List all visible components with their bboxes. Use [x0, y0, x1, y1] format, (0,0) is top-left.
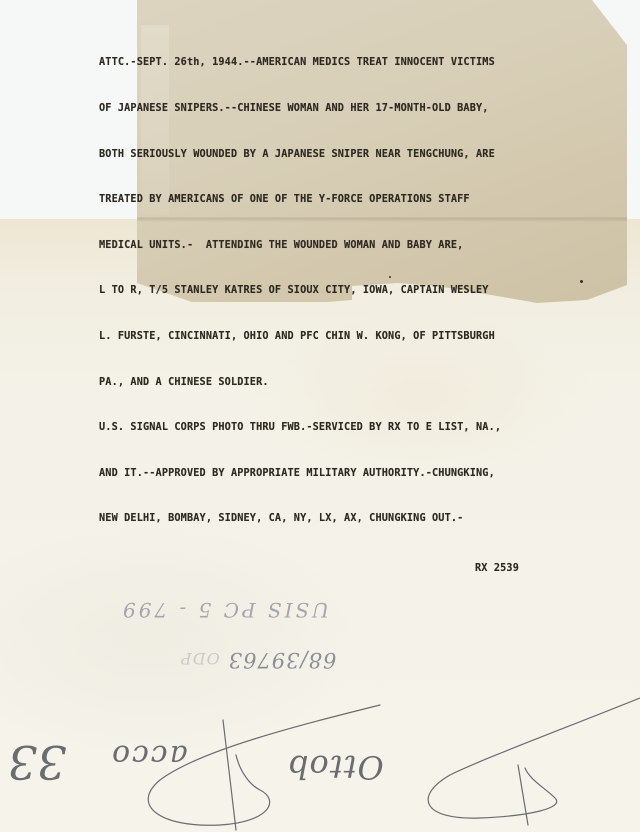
handwritten-number: 33	[8, 735, 67, 789]
reference-number: RX 2539	[99, 561, 609, 576]
paper-speck	[580, 280, 583, 283]
caption-line: U.S. SIGNAL CORPS PHOTO THRU FWB.-SERVIC…	[99, 420, 609, 435]
caption-line: PA., AND A CHINESE SOLDIER.	[99, 375, 609, 390]
caption-line: BOTH SERIOUSLY WOUNDED BY A JAPANESE SNI…	[99, 147, 609, 162]
caption-line: ATTC.-SEPT. 26th, 1944.--AMERICAN MEDICS…	[99, 55, 609, 70]
faint-initials: ODP	[180, 649, 220, 668]
caption-line: TREATED BY AMERICANS OF ONE OF THE Y-FOR…	[99, 192, 609, 207]
typed-caption: ATTC.-SEPT. 26th, 1944.--AMERICAN MEDICS…	[99, 25, 609, 591]
handwritten-archive-note: USIS PC 5 - 799	[120, 598, 329, 622]
caption-line: OF JAPANESE SNIPERS.--CHINESE WOMAN AND …	[99, 101, 609, 116]
caption-line: AND IT.--APPROVED BY APPROPRIATE MILITAR…	[99, 466, 609, 481]
caption-line: L TO R, T/5 STANLEY KATRES OF SIOUX CITY…	[99, 283, 609, 298]
caption-line: NEW DELHI, BOMBAY, SIDNEY, CA, NY, LX, A…	[99, 511, 609, 526]
handwritten-catalog-number: 68/39763ODP	[180, 648, 336, 672]
caption-line: MEDICAL UNITS.- ATTENDING THE WOUNDED WO…	[99, 238, 609, 253]
handwritten-word: acco	[110, 738, 188, 773]
handwritten-word: Ottob	[287, 748, 384, 786]
caption-line: L. FURSTE, CINCINNATI, OHIO AND PFC CHIN…	[99, 329, 609, 344]
paper-speck	[389, 276, 391, 278]
catalog-number: 68/39763	[228, 648, 337, 672]
